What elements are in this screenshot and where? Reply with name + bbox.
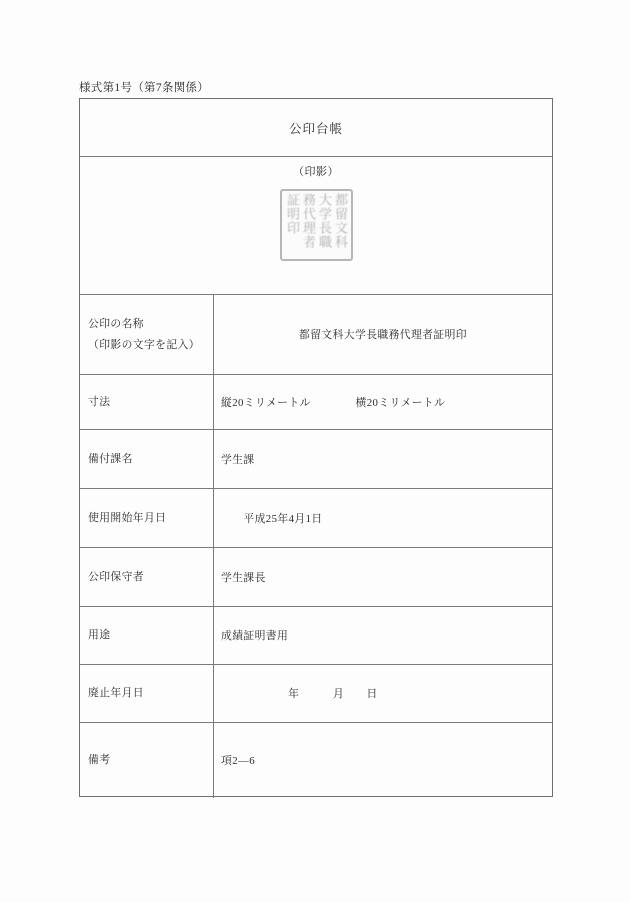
row-value-dimensions: 縦20ミリメートル 横20ミリメートル [214,375,552,429]
row-value-seal-name: 都留文科大学長職務代理者証明印 [214,295,552,374]
row-label: 備付課名 [88,449,213,470]
row-label-cell: 廃止年月日 [80,665,214,722]
row-label: 廃止年月日 [88,683,213,704]
row-value-remarks: 項2—6 [214,723,552,798]
table-title-row: 公印台帳 [80,99,552,156]
table-row-department: 備付課名 学生課 [80,429,552,488]
table-row-usage: 用途 成績証明書用 [80,606,552,664]
row-label: 備考 [88,750,213,771]
form-number-label: 様式第1号（第7条関係） [79,79,209,95]
row-value-abolition-date: 年 月 日 [214,665,552,722]
row-label: 用途 [88,625,213,646]
row-label: 使用開始年月日 [88,508,213,529]
seal-imprint-image: 都留文科大学長職務代理者証明印 [280,189,353,261]
row-label: 寸法 [88,392,213,413]
row-label-note: （印影の文字を記入） [88,335,213,356]
seal-caption: （印影） [293,163,339,179]
row-label: 公印の名称 [88,314,213,335]
row-value-custodian: 学生課長 [214,548,552,606]
row-label-cell: 公印の名称 （印影の文字を記入） [80,295,214,374]
row-label: 公印保守者 [88,567,213,588]
row-value-usage: 成績証明書用 [214,607,552,664]
table-row-seal-name: 公印の名称 （印影の文字を記入） 都留文科大学長職務代理者証明印 [80,294,552,374]
document-page: 様式第1号（第7条関係） 公印台帳 （印影） 都留文科大学長職務代理者証明印 公… [0,0,630,903]
row-label-cell: 寸法 [80,375,214,429]
row-label-cell: 公印保守者 [80,548,214,606]
table-row-custodian: 公印保守者 学生課長 [80,547,552,606]
row-value-department: 学生課 [214,430,552,488]
table-row-remarks: 備考 項2—6 [80,722,552,798]
row-label-cell: 使用開始年月日 [80,489,214,547]
table-row-dimensions: 寸法 縦20ミリメートル 横20ミリメートル [80,374,552,429]
row-label-cell: 備付課名 [80,430,214,488]
row-label-cell: 備考 [80,723,214,798]
seal-imprint-text: 都留文科大学長職務代理者証明印 [284,193,348,257]
document-title: 公印台帳 [289,119,343,137]
row-value-start-date: 平成25年4月1日 [214,489,552,547]
table-row-abolition-date: 廃止年月日 年 月 日 [80,664,552,722]
row-label-cell: 用途 [80,607,214,664]
table-row-start-date: 使用開始年月日 平成25年4月1日 [80,488,552,547]
seal-imprint-row: （印影） 都留文科大学長職務代理者証明印 [80,156,552,294]
seal-register-table: 公印台帳 （印影） 都留文科大学長職務代理者証明印 公印の名称 （印影の文字を記… [79,98,553,797]
